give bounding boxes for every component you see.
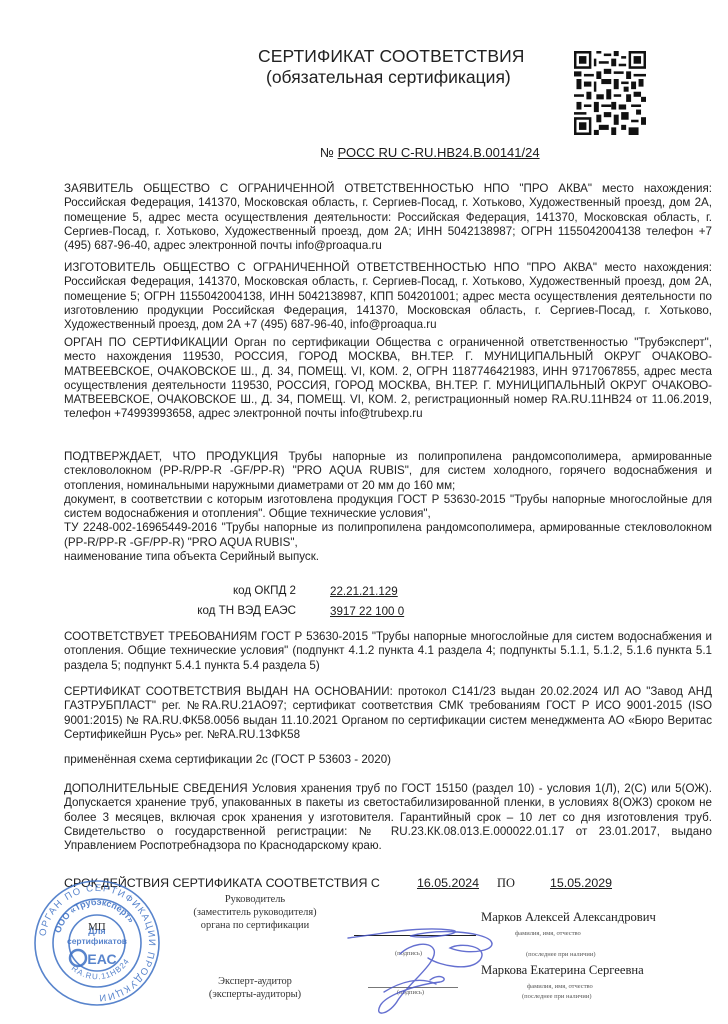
okpd-value: 22.21.21.129 — [330, 585, 398, 598]
manufacturer-text: ОБЩЕСТВО С ОГРАНИЧЕННОЙ ОТВЕТСТВЕННОСТЬЮ… — [64, 261, 712, 331]
certificate-number-value: РОСС RU С-RU.НВ24.В.00141/24 — [338, 145, 540, 160]
tnved-label: код ТН ВЭД ЕАЭС — [136, 604, 296, 617]
additional-info-section: ДОПОЛНИТЕЛЬНЫЕ СВЕДЕНИЯ Условия хранения… — [64, 782, 712, 853]
head-last-hint: (последнее при наличии) — [526, 951, 596, 958]
document-subtitle: (обязательная сертификация) — [266, 67, 511, 88]
applicant-label: ЗАЯВИТЕЛЬ — [64, 182, 133, 195]
validity-to-label: ПО — [497, 876, 515, 891]
basis-label: СЕРТИФИКАТ СООТВЕТСТВИЯ ВЫДАН НА ОСНОВАН… — [64, 685, 393, 698]
number-sign: № — [320, 145, 334, 160]
svg-text:ЕАС: ЕАС — [87, 951, 116, 967]
certification-scheme: применённая схема сертификации 2с (ГОСТ … — [64, 753, 712, 767]
auditor-fio-hint: фамилия, имя, отчество — [527, 983, 593, 990]
certificate-number: № РОСС RU С-RU.НВ24.В.00141/24 — [320, 145, 540, 160]
conformity-section: СООТВЕТСТВУЕТ ТРЕБОВАНИЯМ ГОСТ Р 53630-2… — [64, 630, 712, 673]
certification-body-label: ОРГАН ПО СЕРТИФИКАЦИИ — [64, 336, 228, 349]
okpd-label: код ОКПД 2 — [136, 584, 296, 597]
basis-section: СЕРТИФИКАТ СООТВЕТСТВИЯ ВЫДАН НА ОСНОВАН… — [64, 685, 712, 742]
document-title: СЕРТИФИКАТ СООТВЕТСТВИЯ — [258, 46, 525, 67]
svg-text:МП: МП — [88, 921, 106, 933]
product-tu: ТУ 2248-002-16965449-2016 "Трубы напорны… — [64, 521, 712, 550]
product-type-name: наименование типа объекта Серийный выпус… — [64, 550, 712, 564]
validity-to: 15.05.2029 — [550, 876, 612, 890]
tnved-value: 3917 22 100 0 — [330, 605, 404, 618]
applicant-section: ЗАЯВИТЕЛЬ ОБЩЕСТВО С ОГРАНИЧЕННОЙ ОТВЕТС… — [64, 182, 712, 253]
head-name: Марков Алексей Александрович — [481, 910, 656, 925]
certification-stamp-icon: ОРГАН ПО СЕРТИФИКАЦИИ ПРОДУКЦИИ ООО «Тру… — [32, 878, 162, 1008]
conformity-label: СООТВЕТСТВУЕТ ТРЕБОВАНИЯМ — [64, 630, 257, 643]
certification-body-section: ОРГАН ПО СЕРТИФИКАЦИИ Орган по сертифика… — [64, 336, 712, 422]
additional-label: ДОПОЛНИТЕЛЬНЫЕ СВЕДЕНИЯ — [64, 782, 248, 795]
qr-code-icon — [574, 51, 646, 135]
product-section: ПОДТВЕРЖДАЕТ, ЧТО ПРОДУКЦИЯ Трубы напорн… — [64, 450, 712, 564]
product-document: документ, в соответствии с которым изгот… — [64, 493, 712, 522]
validity-from: 16.05.2024 — [417, 876, 479, 890]
manufacturer-label: ИЗГОТОВИТЕЛЬ — [64, 261, 156, 274]
svg-text:сертификатов: сертификатов — [67, 936, 127, 946]
auditor-caption: Эксперт-аудитор (эксперты-аудиторы) — [170, 975, 340, 1001]
manufacturer-section: ИЗГОТОВИТЕЛЬ ОБЩЕСТВО С ОГРАНИЧЕННОЙ ОТВ… — [64, 261, 712, 332]
head-fio-hint: фамилия, имя, отчество — [515, 930, 581, 937]
head-caption: Руководитель (заместитель руководителя) … — [170, 893, 340, 932]
applicant-text: ОБЩЕСТВО С ОГРАНИЧЕННОЙ ОТВЕТСТВЕННОСТЬЮ… — [64, 182, 712, 252]
auditor-last-hint: (последнее при наличии) — [522, 993, 592, 1000]
product-label: ПОДТВЕРЖДАЕТ, ЧТО ПРОДУКЦИЯ — [64, 450, 278, 463]
auditor-name: Маркова Екатерина Сергеевна — [481, 963, 644, 978]
